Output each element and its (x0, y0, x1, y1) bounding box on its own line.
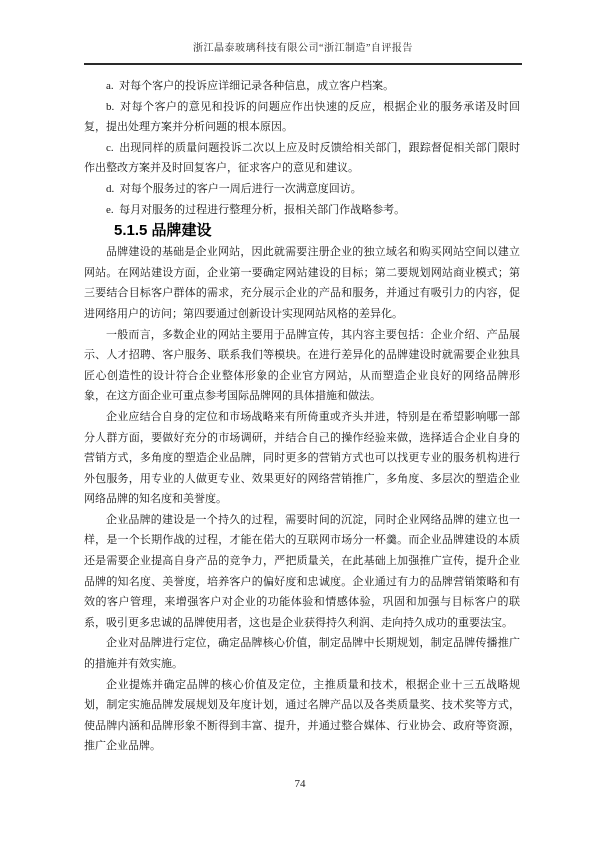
list-item-text: 对每个客户的投诉应详细记录各种信息，成立客户档案。 (119, 80, 394, 92)
page-header: 浙江晶泰玻璃科技有限公司“浙江制造”自评报告 (84, 38, 522, 65)
list-item-label: c. (106, 142, 114, 154)
paragraph-website-modules: 一般而言，多数企业的网站主要用于品牌宣传，其内容主要包括：企业介绍、产品展示、人… (84, 325, 520, 407)
page-number: 74 (295, 778, 306, 790)
list-item-text: 每月对服务的过程进行整理分析，报相关部门作战略参考。 (119, 204, 405, 216)
list-item-label: e. (106, 204, 114, 216)
paragraph-brand-positioning: 企业对品牌进行定位，确定品牌核心价值，制定品牌中长期规划，制定品牌传播推广的措施… (84, 633, 520, 674)
page-footer: 74 (0, 778, 600, 790)
list-item-b: b.对每个客户的意见和投诉的问题应作出快速的反应，根据企业的服务承诺及时回复，提… (84, 97, 520, 138)
paragraph-brand-website: 品牌建设的基础是企业网站，因此就需要注册企业的独立域名和购买网站空间以建立网站。… (84, 242, 520, 324)
paragraph-marketing-strategy: 企业应结合自身的定位和市场战略来有所倚重或齐头并进，特别是在希望影响哪一部分人群… (84, 407, 520, 510)
list-item-a: a.对每个客户的投诉应详细记录各种信息，成立客户档案。 (84, 76, 520, 97)
list-item-c: c.出现同样的质量问题投诉二次以上应及时反馈给相关部门，跟踪督促相关部门限时作出… (84, 138, 520, 179)
section-heading: 5.1.5 品牌建设 (84, 220, 520, 242)
list-item-label: b. (106, 101, 114, 113)
list-item-label: a. (106, 80, 114, 92)
list-item-text: 对每个客户的意见和投诉的问题应作出快速的反应，根据企业的服务承诺及时回复，提出处… (84, 101, 520, 134)
paragraph-brand-longterm: 企业品牌的建设是一个持久的过程，需要时间的沉淀，同时企业网络品牌的建立也一样，是… (84, 510, 520, 634)
header-title: 浙江晶泰玻璃科技有限公司“浙江制造”自评报告 (193, 43, 413, 54)
paragraph-brand-promotion: 企业提炼并确定品牌的核心价值及定位，主推质量和技术，根据企业十三五战略规划，制定… (84, 675, 520, 757)
list-item-e: e.每月对服务的过程进行整理分析，报相关部门作战略参考。 (84, 200, 520, 221)
page-content: a.对每个客户的投诉应详细记录各种信息，成立客户档案。 b.对每个客户的意见和投… (84, 76, 520, 757)
list-item-text: 出现同样的质量问题投诉二次以上应及时反馈给相关部门，跟踪督促相关部门限时作出整改… (84, 142, 520, 175)
list-item-text: 对每个服务过的客户一周后进行一次满意度回访。 (120, 183, 362, 195)
list-item-label: d. (106, 183, 114, 195)
document-page: 浙江晶泰玻璃科技有限公司“浙江制造”自评报告 a.对每个客户的投诉应详细记录各种… (0, 0, 600, 848)
list-item-d: d.对每个服务过的客户一周后进行一次满意度回访。 (84, 179, 520, 200)
